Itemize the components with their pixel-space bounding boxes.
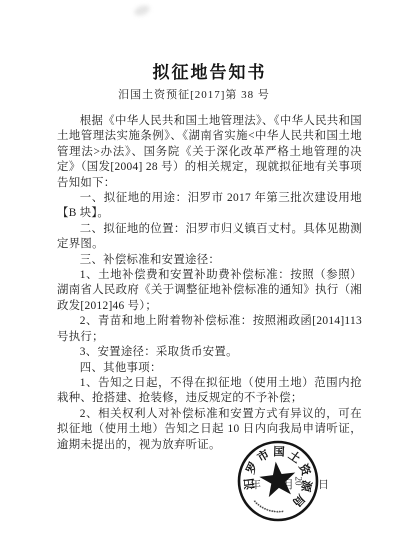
official-seal: 汨罗市国土资源局 ************* — [236, 439, 320, 523]
svg-text:国: 国 — [273, 444, 285, 458]
paragraph-compensation-heading: 三、补偿标准和安置途径： — [57, 253, 362, 268]
paragraph-land-compensation: 1、土地补偿费和安置补助费补偿标准：按照（参照）湖南省人民政府《关于调整征地补偿… — [57, 268, 362, 314]
paragraph-purpose: 一、拟征地的用途：汨罗市 2017 年第三批次建设用地【B 块】。 — [57, 191, 362, 222]
document-page: 拟征地告知书 汨国土资预征[2017]第 38 号 根据《中华人民共和国土地管理… — [0, 0, 408, 553]
paragraph-resettlement: 3、安置途径：采取货币安置。 — [57, 345, 362, 360]
document-body: 根据《中华人民共和国土地管理法》、《中华人民共和国土地管理法实施条例》、《湖南省… — [57, 114, 362, 453]
paragraph-basis: 根据《中华人民共和国土地管理法》、《中华人民共和国土地管理法实施条例》、《湖南省… — [57, 114, 362, 191]
date-line: 年 月 20 日 — [0, 476, 408, 492]
paragraph-prohibition: 1、告知之日起，不得在拟征地（使用土地）范围内抢栽种、抢搭建、抢装修，违反规定的… — [57, 376, 362, 407]
paragraph-other-heading: 四、其他事项： — [57, 361, 362, 376]
paragraph-location: 二、拟征地的位置：汨罗市归义镇百丈村。具体见勘测定界图。 — [57, 222, 362, 253]
document-title: 拟征地告知书 — [57, 58, 362, 83]
svg-text:局: 局 — [289, 492, 307, 510]
scan-smudge — [133, 4, 151, 18]
svg-text:汨: 汨 — [242, 477, 257, 491]
paragraph-crop-compensation: 2、青苗和地上附着物补偿标准：按照湘政函[2014]113号执行； — [57, 314, 362, 345]
star-icon — [259, 462, 295, 497]
svg-text:源: 源 — [298, 479, 314, 493]
document-number: 汨国土资预征[2017]第 38 号 — [40, 86, 348, 102]
svg-text:*: * — [281, 509, 285, 515]
svg-text:罗: 罗 — [243, 460, 261, 476]
svg-text:资: 资 — [296, 462, 313, 478]
